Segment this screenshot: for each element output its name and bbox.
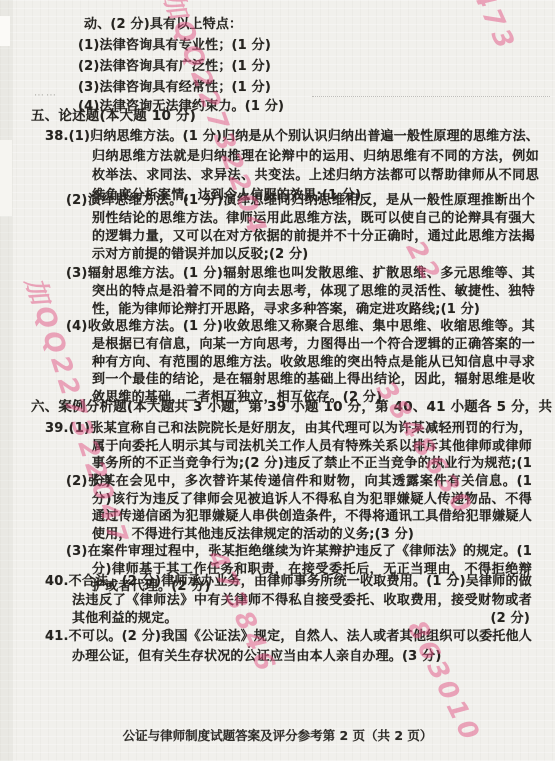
scan-edge-strip	[0, 0, 13, 761]
scan-pencil-marks: ⋯⋯	[34, 90, 58, 101]
section-heading-case-analysis: 六、案例分析题(本大题共 3 小题，第 39 小题 10 分，第 40、41 小…	[31, 401, 555, 415]
scanned-answer-sheet-page: ⋯⋯ 动、(2 分)具有以上特点： (1)法律咨询具有专业性；(1 分) (2)…	[0, 0, 555, 761]
scan-artifact-block	[0, 140, 12, 216]
scan-scratch-line	[312, 96, 550, 97]
answer-40: 40.不合法。(2 分)律师承办业务，由律师事务所统一收取费用。(1 分)吴律师…	[72, 573, 532, 629]
answer-41: 41.不可以。(2 分)我国《公证法》规定，自然人、法人或者其他组织可以委托他人…	[72, 627, 532, 667]
answer-continuation-item-1: (1)法律咨询具有专业性；(1 分)	[78, 39, 271, 52]
answer-continuation-item-2: (2)法律咨询具有广泛性；(1 分)	[78, 60, 271, 73]
scan-artifact-block	[0, 16, 10, 46]
answer-38-3: (3)辐射思维方法。(1 分)辐射思维也叫发散思维、扩散思维、多元思维等、其突出…	[92, 265, 535, 319]
answer-38-4: (4)收敛思维方法。(1 分)收敛思维又称聚合思维、集中思维、收缩思维等。其是根…	[92, 318, 535, 407]
watermark-stripe: 473	[467, 0, 521, 57]
answer-38-2: (2)演绎思维方法。(1 分)演绎思维同归纳思维相反，是从一般性原理推断出个别性…	[92, 192, 535, 264]
answer-39-2: (2)张某在会见中，多次替许某传递信件和财物，向其透露案件有关信息。(1 分)该…	[92, 473, 532, 543]
page-footer: 公证与律师制度试题答案及评分参考第 2 页（共 2 页）	[0, 726, 555, 744]
section-heading-essay: 五、论述题(本大题 10 分)	[31, 110, 196, 124]
answer-40-score: (2 分)	[491, 612, 530, 625]
answer-continuation-intro: 动、(2 分)具有以上特点：	[84, 18, 242, 31]
answer-continuation-item-3: (3)法律咨询具有经常性；(1 分)	[78, 81, 271, 94]
